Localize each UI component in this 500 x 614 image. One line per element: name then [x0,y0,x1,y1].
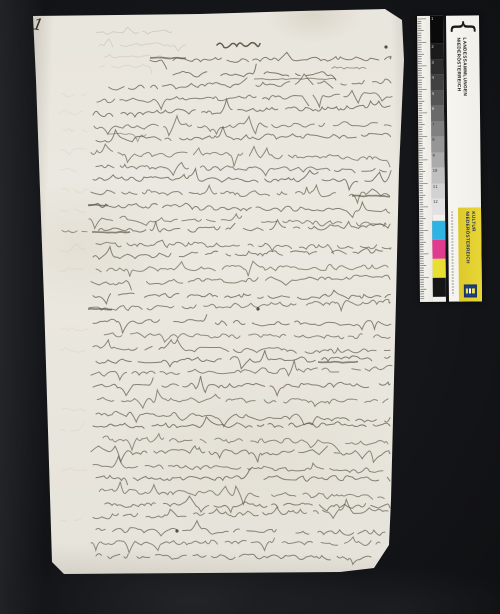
grayscale-step: 2 [430,44,443,60]
cmyk-patch-yellow [433,258,446,277]
collection-label-line2: NIEDERÖSTERREICH [456,38,462,92]
cmyk-patch-black [433,277,446,296]
grayscale-step-label: 11 [433,183,438,188]
grayscale-step: 12 [432,199,445,215]
grayscale-step-label: 5 [432,90,434,95]
brand-label-line2: NIEDERÖSTERREICH [465,211,471,263]
grayscale-step-label: 1 [431,16,433,21]
noe-logo-icon [464,284,477,297]
grayscale-step: 9 [431,152,444,168]
brand-label-text: KULTURNIEDERÖSTERREICH [464,211,477,277]
grayscale-step-label: 8 [432,137,434,142]
scan-photo: { "scan": { "background_color": "#141518… [0,0,500,614]
grayscale-step-label: 12 [433,199,438,204]
grayscale-step-label: 7 [432,121,434,126]
brand-label-line1: KULTUR [471,211,476,231]
collection-label: LANDESSAMMLUNGENNIEDERÖSTERREICH [455,37,468,107]
grayscale-step-label: 6 [432,106,434,111]
grayscale-step: 5 [431,90,444,106]
grayscale-step: 7 [431,121,444,137]
manuscript-page [26,4,410,578]
grayscale-step: 4 [431,75,444,91]
grayscale-step-label: 4 [432,75,434,80]
cmyk-patch-magenta [432,239,445,258]
grayscale-step-label: 10 [433,168,438,173]
color-calibration-ruler: 123456789101112 { LANDESSAMMLUNGENNIEDER… [417,15,482,302]
small-print-column [451,212,453,296]
grayscale-step-label: 3 [431,59,433,64]
cmyk-patch-cyan [432,220,445,239]
collection-label-line1: LANDESSAMMLUNGEN [462,37,468,96]
grayscale-step-label: 9 [432,152,434,157]
grayscale-step: 1 [430,16,443,44]
grayscale-step: 6 [431,106,444,122]
grayscale-step: 3 [430,59,443,75]
ruler-label-strip: { LANDESSAMMLUNGENNIEDERÖSTERREICH KULTU… [446,15,482,301]
grayscale-step: 11 [432,183,445,199]
grayscale-step-label: 2 [431,44,433,49]
grayscale-step: 10 [432,168,445,184]
grayscale-step: 8 [431,137,444,153]
brand-label: KULTURNIEDERÖSTERREICH [458,207,482,301]
